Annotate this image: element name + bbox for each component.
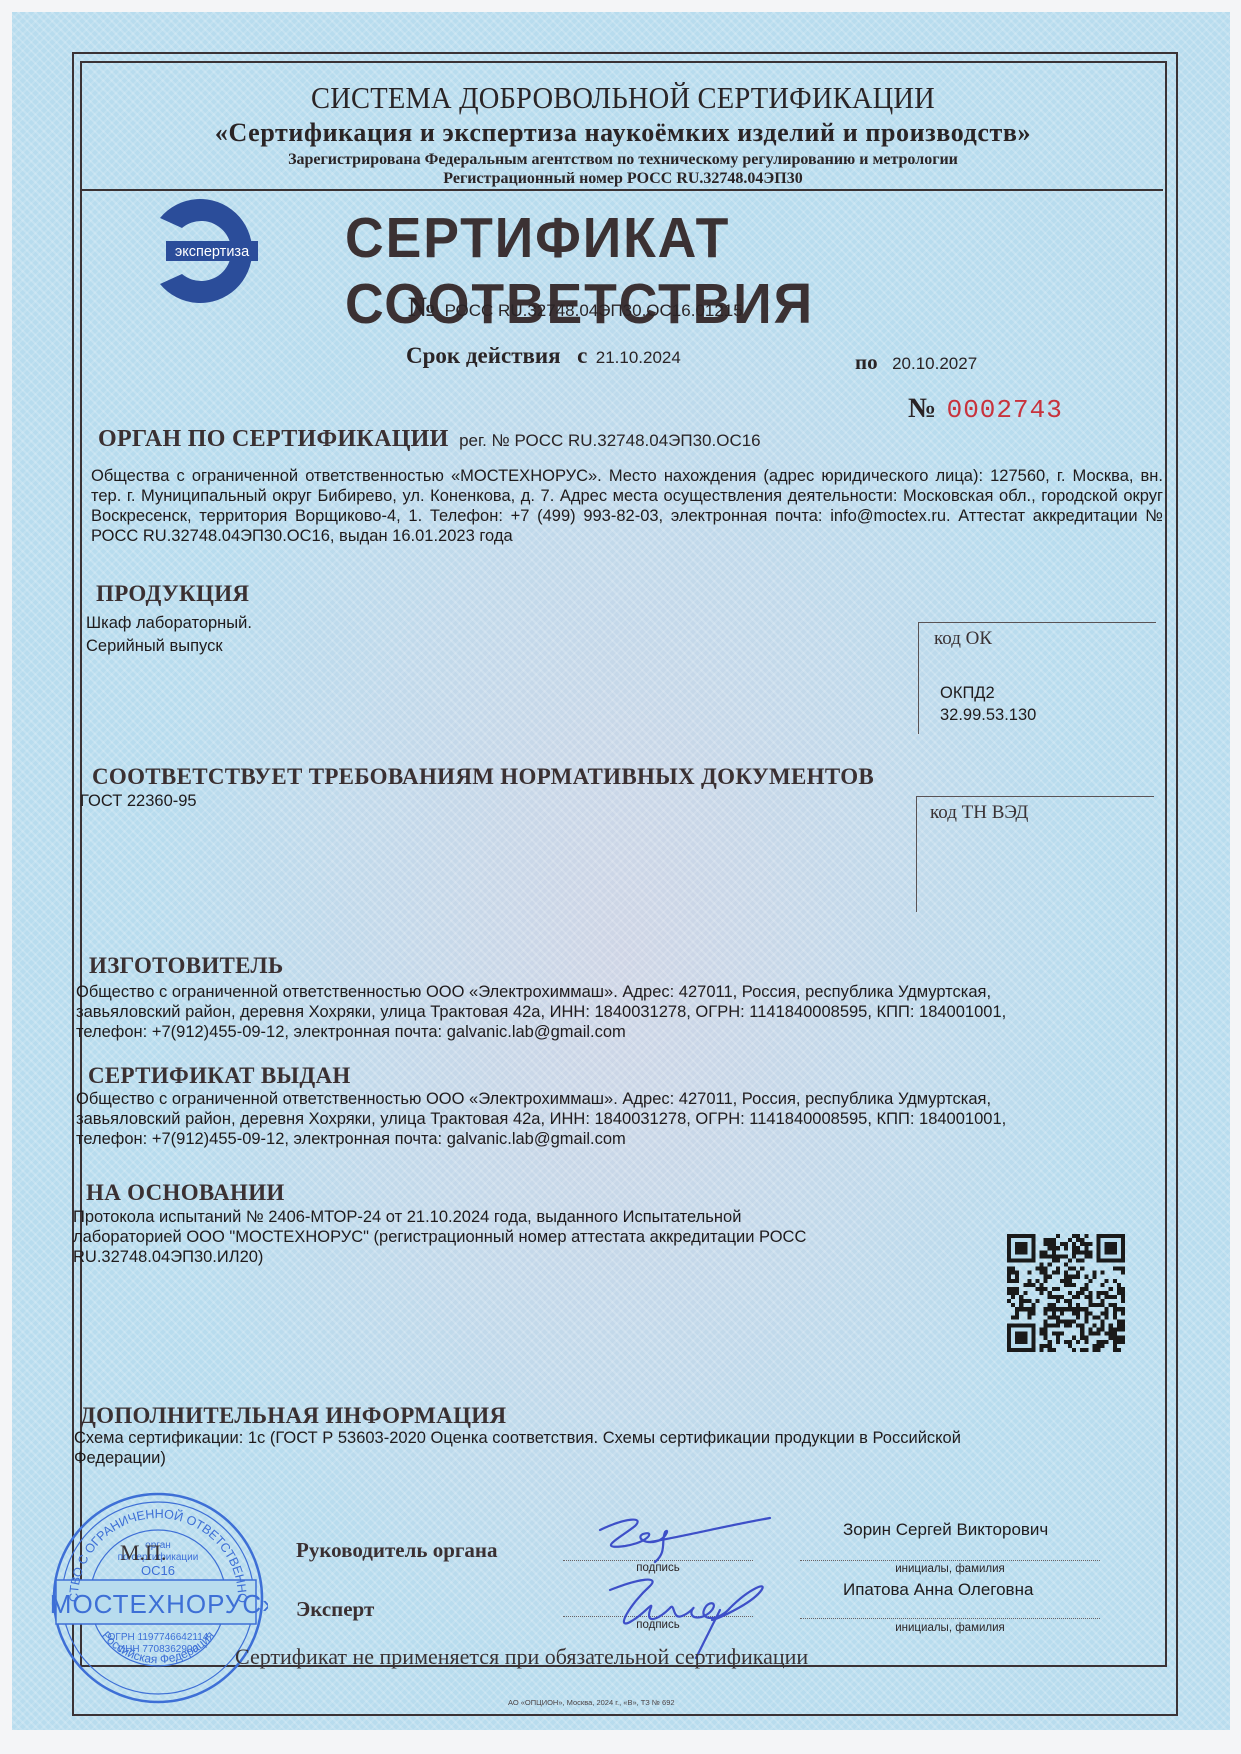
issued-to-line: завьяловский район, деревня Хохряки, ули… xyxy=(76,1109,1166,1129)
tnved-box-top xyxy=(916,796,1154,797)
ok-code-box-left xyxy=(918,622,919,734)
printer-imprint: АО «ОПЦИОН», Москва, 2024 г., «В», ТЗ № … xyxy=(508,1698,675,1707)
head-of-body-label: Руководитель органа xyxy=(296,1538,498,1563)
additional-info-line: Федерации) xyxy=(74,1448,1164,1468)
conformity-heading: СООТВЕТСТВУЕТ ТРЕБОВАНИЯМ НОРМАТИВНЫХ ДО… xyxy=(92,764,874,790)
issued-to-line: Общество с ограниченной ответственностью… xyxy=(76,1089,1166,1109)
validity-to-label: по xyxy=(855,350,878,374)
issued-to-line: телефон: +7(912)455-09-12, электронная п… xyxy=(76,1129,1166,1149)
manufacturer-heading: ИЗГОТОВИТЕЛЬ xyxy=(89,953,283,979)
form-number-row: № 0002743 xyxy=(908,393,1063,425)
additional-info-heading: ДОПОЛНИТЕЛЬНАЯ ИНФОРМАЦИЯ xyxy=(80,1403,506,1429)
header-divider xyxy=(81,189,1163,191)
system-title: СИСТЕМА ДОБРОВОЛЬНОЙ СЕРТИФИКАЦИИ xyxy=(123,80,1122,116)
seal-stamp: ОБЩЕСТВО С ОГРАНИЧЕННОЙ ОТВЕТСТВЕННОСТЬЮ… xyxy=(48,1488,268,1708)
certification-body-heading: ОРГАН ПО СЕРТИФИКАЦИИ xyxy=(98,426,449,452)
form-number-sign: № xyxy=(908,393,936,424)
expert-label: Эксперт xyxy=(296,1597,374,1622)
head-name-caption: инициалы, фамилия xyxy=(800,1563,1100,1575)
ok-code-value: 32.99.53.130 xyxy=(940,705,1036,725)
expert-name: Ипатова Анна Олеговна xyxy=(843,1580,1033,1600)
basis-line: лабораторией ООО "МОСТЕХНОРУС" (регистра… xyxy=(73,1227,953,1247)
expert-name-line xyxy=(800,1618,1100,1619)
certification-body-reg-number: рег. № РОСС RU.32748.04ЭП30.ОС16 xyxy=(459,431,761,450)
conformity-documents: ГОСТ 22360-95 xyxy=(80,791,197,811)
basis-text: Протокола испытаний № 2406-МТОР-24 от 21… xyxy=(73,1207,953,1267)
validity-label: Срок действия xyxy=(406,343,561,368)
manufacturer-line: завьяловский район, деревня Хохряки, ули… xyxy=(76,1002,1166,1022)
ok-code-box-top xyxy=(918,622,1156,623)
ok-code-label: код ОК xyxy=(934,628,992,650)
expert-name-caption: инициалы, фамилия xyxy=(800,1622,1100,1634)
head-signature-icon xyxy=(595,1512,775,1572)
basis-line: RU.32748.04ЭП30.ИЛ20) xyxy=(73,1247,953,1267)
basis-line: Протокола испытаний № 2406-МТОР-24 от 21… xyxy=(73,1207,953,1227)
product-line-2: Серийный выпуск xyxy=(86,636,223,656)
manufacturer-line: Общество с ограниченной ответственностью… xyxy=(76,982,1166,1002)
ok-classifier: ОКПД2 xyxy=(940,683,995,703)
valid-from-date: 21.10.2024 xyxy=(596,348,681,367)
issued-to-text: Общество с ограниченной ответственностью… xyxy=(76,1089,1166,1149)
additional-info-text: Схема сертификации: 1с (ГОСТ Р 53603-202… xyxy=(74,1428,1164,1468)
svg-text:экспертиза: экспертиза xyxy=(175,244,250,260)
tnved-code-label: код ТН ВЭД xyxy=(930,802,1028,824)
product-heading: ПРОДУКЦИЯ xyxy=(96,581,249,607)
head-name-line xyxy=(800,1560,1100,1561)
tnved-box-left xyxy=(916,796,917,912)
qr-code[interactable] xyxy=(1007,1234,1125,1352)
certification-body-text: Общества с ограниченной ответственностью… xyxy=(91,466,1163,546)
certificate-number-row: № РОСС RU.32748.04ЭП30.ОС16.01215 xyxy=(408,292,743,324)
manufacturer-text: Общество с ограниченной ответственностью… xyxy=(76,982,1166,1042)
validity-to-row: по 20.10.2027 xyxy=(855,350,977,375)
validity-row: Срок действия с 21.10.2024 xyxy=(406,343,681,369)
registration-number-line: Регистрационный номер РОСС RU.32748.04ЭП… xyxy=(80,170,1166,188)
issued-to-heading: СЕРТИФИКАТ ВЫДАН xyxy=(88,1063,351,1089)
svg-text:«МОСТЕХНОРУС»: «МОСТЕХНОРУС» xyxy=(48,1589,268,1619)
head-name: Зорин Сергей Викторович xyxy=(843,1520,1048,1540)
manufacturer-line: телефон: +7(912)455-09-12, электронная п… xyxy=(76,1022,1166,1042)
additional-info-line: Схема сертификации: 1с (ГОСТ Р 53603-202… xyxy=(74,1428,1164,1448)
footer-note: Сертификат не применяется при обязательн… xyxy=(235,1644,808,1670)
product-line-1: Шкаф лабораторный. xyxy=(86,613,252,633)
validity-from-label: с xyxy=(577,343,587,368)
basis-heading: НА ОСНОВАНИИ xyxy=(86,1180,285,1206)
certificate-number: РОСС RU.32748.04ЭП30.ОС16.01215 xyxy=(445,301,743,320)
system-name: «Сертификация и экспертиза наукоёмких из… xyxy=(80,118,1166,148)
certification-body-heading-row: ОРГАН ПО СЕРТИФИКАЦИИ рег. № РОСС RU.327… xyxy=(98,426,761,453)
valid-to-date: 20.10.2027 xyxy=(892,354,977,373)
number-sign: № xyxy=(408,292,436,323)
form-number: 0002743 xyxy=(947,395,1063,425)
mp-mark: М.П. xyxy=(120,1540,166,1566)
registered-line: Зарегистрирована Федеральным агентством … xyxy=(80,151,1166,169)
ekspertiza-logo-icon: экспертиза xyxy=(152,196,262,306)
